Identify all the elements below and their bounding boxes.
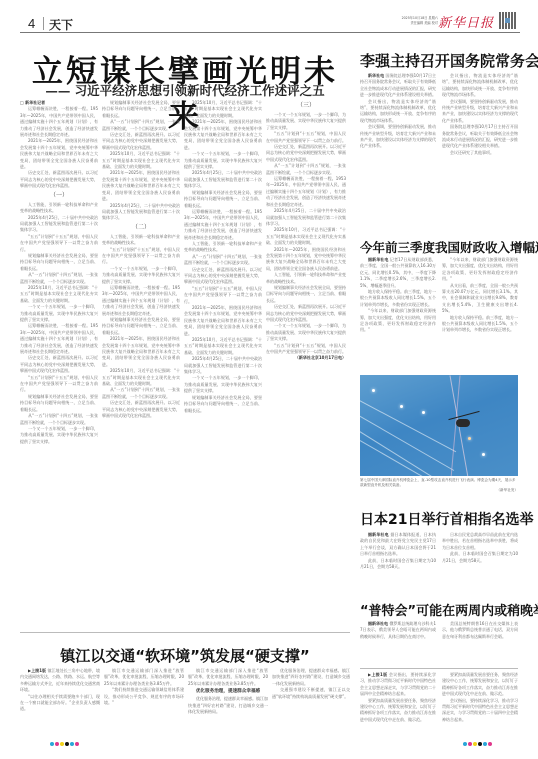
- lead-closing-dateline: （新华社北京10月17日电）: [266, 355, 346, 361]
- paragraph: 会议还研究了其他事项。: [442, 150, 518, 156]
- paragraph: 镇江市交通运输部门深入推进“放管服”改革，优化审批流程，压缩办理时限，2025年…: [188, 668, 268, 687]
- flare: [468, 437, 471, 440]
- state-council-column-2: 会议指出，物流是实体经济的“筋络”，要持续深化物流体制机制改革，优化运输结构，加…: [442, 73, 518, 223]
- japan-column-2: 日本自民党总裁高市早苗此前在党内选举中胜出，若在首相指名选举中获胜，将成为日本首…: [442, 532, 518, 592]
- paragraph: 历史交汇处，新蓝图再次展开。以习近平同志为核心的党中央深刻把握发展大势，擘画中国…: [20, 170, 98, 189]
- qr-code-icon[interactable]: [499, 12, 516, 29]
- paragraph: 2021年—2025年，围绕国民经济和社会发展第十四个五年规划，党中央统筹中华民…: [184, 305, 262, 337]
- paragraph: 运筹帷幄而决胜，一程接着一程。1953年—2025年，中国共产党带领中国人民，通…: [20, 323, 98, 355]
- paragraph: 2025年10月，习近平总书记强调：“十五五”时期是基本实现社会主义现代化夯实基…: [102, 151, 180, 170]
- masthead-divider: [43, 17, 44, 30]
- paragraph: 从“一五”计划到“十四五”规划，一张张蓝图不断绘就，一个个目标逐步实现。: [20, 272, 98, 285]
- paragraph: 一个又一个五年规划，一步一个脚印，为推动高质量发展、实现中华民族伟大复兴提供了坚…: [20, 426, 98, 445]
- paragraph: 2025年10月，习近平总书记强调：“十五五”时期是基本实现社会主义现代化夯实基…: [266, 227, 346, 246]
- registration-dot: [478, 742, 482, 746]
- bottom-article-title: 镇江以交通“软环境”筑发展“硬支撑”: [20, 645, 350, 666]
- byline: 据新华社电: [368, 621, 388, 626]
- section-marker: （三）: [266, 100, 346, 112]
- registration-dot: [50, 742, 54, 746]
- paragraph: 2025年10月，习近平总书记强调：“十五五”时期是基本实现社会主义现代化夯实基…: [102, 368, 180, 387]
- lead-article-column-3: 2025年10月，习近平总书记强调：“十五五”时期是基本实现社会主义现代化夯实基…: [184, 100, 262, 630]
- continuation-column-1: ▶上接1版 会议指出，要持续深化学习，推动学习贯彻习近平新时代中国特色社会主义思…: [360, 672, 436, 736]
- masthead: 4 天下 2025年10月18日 星期六 责任编辑 美编 校对 新华日报: [20, 6, 520, 33]
- paragraph: 规划编制事关经济社会发展全局，要坚持目标导向与问题导向相统一，立足当前、着眼长远…: [102, 100, 180, 119]
- paragraph: 此前，日本临时国会召集日期定为10月21日，会期为58天。: [442, 551, 518, 564]
- registration-dot: [75, 742, 79, 746]
- paragraph: “今年以来，财政部门加强财政资源统筹，加大支出强度，优化支出结构，用好用足各项政…: [442, 257, 518, 283]
- bottom-article-subheading: 优化服务治理，提速群众幸福感: [188, 687, 268, 696]
- flare: [422, 411, 425, 414]
- smoke-trail: [360, 425, 444, 476]
- fiscal-column-2: “今年以来，财政部门加强财政资源统筹，加大支出强度，优化支出结构，用好用足各项政…: [442, 257, 518, 369]
- paragraph: 历史交汇处，新蓝图再次展开。以习近平同志为核心的党中央深刻把握发展大势，擘画中国…: [266, 144, 346, 163]
- paragraph: “五五”计划到“十五五”规划，中国人民在中国共产党坚强领导下一以贯之奋力前行。: [20, 234, 98, 253]
- japan-column-1: 据新华社电 据日本媒体报道，日本执政的自民党和最大在野党立宪民主党17日上午举行…: [360, 532, 436, 592]
- paragraph: 规划编制事关经济社会发展全局，要坚持目标导向与问题导向相统一，立足当前、着眼长远…: [102, 317, 180, 336]
- fiscal-column-1: 据新华社电 记者17日从财政部获悉，前三季度，全国一般公共预算收入16.30万亿…: [360, 257, 436, 369]
- registration-dot: [55, 742, 59, 746]
- paragraph: “五五”计划到“十五五”规划，中国人民在中国共产党坚强领导下一以贯之奋力前行。: [266, 343, 346, 356]
- print-registration-marks: [463, 742, 492, 746]
- paragraph: 2025年4月25日，二十届中共中央政治局就加强人工智能发展和监管进行第二十次集…: [184, 356, 262, 375]
- flare: [482, 453, 485, 456]
- paragraph: “五五”计划到“十五五”规划，中国人民在中国共产党坚强领导下一以贯之奋力前行。: [184, 286, 262, 305]
- byline: ▶上接1版: [28, 668, 46, 673]
- photo-caption: 第七届中国天津国际直升机博览会上，直-10型攻击直升机进行飞行表演。博览会为期4…: [360, 478, 518, 494]
- paragraph: 2021年—2025年，围绕国民经济和社会发展第十四个五年规划，党中央统筹中华民…: [102, 170, 180, 202]
- paragraph: 一个又一个五年规划，一步一个脚印，为推动高质量发展、实现中华民族伟大复兴提供了坚…: [184, 151, 262, 170]
- paragraph: 优化服务治理，提速群众幸福感。镇江加快推进“四好农村路”建设，打造城乡交通一体化…: [188, 696, 268, 715]
- paragraph: 从“一五”计划到“十四五”规划，一张张蓝图不断绘就，一个个目标逐步实现。: [20, 413, 98, 426]
- paragraph: 此前，日本临时国会召集日期定为10月21日，会期为58天。: [360, 558, 436, 571]
- paragraph: 规划编制事关经济社会发展全局，要坚持目标导向与问题导向相统一，立足当前、着眼长远…: [266, 285, 346, 304]
- paragraph: 2025年10月，习近平总书记强调：“十五五”时期是基本实现社会主义现代化夯实基…: [184, 100, 262, 119]
- flare: [372, 389, 375, 392]
- section-marker: （一）: [20, 190, 98, 202]
- paragraph: 从“一五”计划到“十四五”规划，一张张蓝图不断绘就，一个个目标逐步实现。: [102, 119, 180, 132]
- paragraph: “五五”计划到“十五五”规划，中国人民在中国共产党坚强领导下一以贯之奋力前行。: [266, 131, 346, 144]
- paragraph: 2025年4月25日，二十届中共中央政治局就加强人工智能发展和监管进行第二十次集…: [184, 170, 262, 189]
- paragraph: 一个又一个五年规划，一步一个脚印，为推动高质量发展、实现中华民族伟大复兴提供了坚…: [102, 266, 180, 285]
- dateline-editors: 责任编辑 美编 校对: [378, 21, 438, 26]
- registration-dot: [473, 742, 477, 746]
- paragraph: 2021年—2025年，围绕国民经济和社会发展第十四个五年规划，党中央统筹中华民…: [266, 247, 346, 273]
- paragraph: 规划编制事关经济社会发展全局，要坚持目标导向与问题导向相统一，立足当前、着眼长远…: [184, 190, 262, 209]
- paragraph: 会议强调，要坚持创新驱动发展，推动传统产业转型升级，培育壮大新兴产业和未来产业，…: [360, 124, 436, 150]
- registration-dot: [60, 742, 64, 746]
- paragraph: “五五”计划到“十五五”规划，中国人民在中国共产党坚强领导下一以贯之奋力前行。: [20, 375, 98, 394]
- sidebar-article-title-japan: 日本21日举行首相指名选举: [360, 509, 533, 529]
- paragraph: 从“一五”计划到“十四五”规划，一张张蓝图不断绘就，一个个目标逐步实现。: [184, 254, 262, 267]
- paragraph: 人工智能，引领新一轮科技革命和产业变革的战略性技术。: [102, 234, 180, 247]
- paragraph: 会议指出，物流是实体经济的“筋络”，要持续深化物流体制机制改革，优化运输结构，加…: [442, 73, 518, 99]
- paragraph: 规划编制事关经济社会发展全局，要坚持目标导向与问题导向相统一，立足当前、着眼长远…: [184, 395, 262, 414]
- registration-dot: [65, 742, 69, 746]
- paragraph: 2025年4月25日，二十届中共中央政治局就加强人工智能发展和监管进行第二十次集…: [102, 203, 180, 222]
- paragraph: 历史交汇处，新蓝图再次展开。以习近平同志为核心的党中央深刻把握发展大势，擘画中国…: [102, 132, 180, 151]
- helicopter-airshow-photo: [360, 375, 518, 476]
- paragraph: 日本自民党总裁高市早苗此前在党内选举中胜出，若在首相指名选举中获胜，将成为日本首…: [442, 532, 518, 551]
- continuation-column-2: 要紧扣高质量发展首要任务，聚焦经济建设中心工作，统筹发展和安全，以钉钉子精神抓好…: [442, 672, 518, 736]
- paragraph: 运筹帷幄而决胜，一程接着一程。1953年—2025年，中国共产党带领中国人民，通…: [184, 209, 262, 241]
- paragraph: 一个又一个五年规划，一步一个脚印，为推动高质量发展、实现中华民族伟大复兴提供了坚…: [266, 112, 346, 131]
- byline: ▶上接1版: [368, 672, 387, 677]
- paragraph: 2025年10月，习近平总书记强调：“十五五”时期是基本实现社会主义现代化夯实基…: [20, 285, 98, 304]
- lead-article-subtitle: —— 习近平经济思想引领新时代经济工作述评之五: [20, 81, 350, 99]
- page-section-title: 天下: [49, 16, 73, 33]
- paragraph: 从“一五”计划到“十四五”规划，一张张蓝图不断绘就，一个个目标逐步实现。: [102, 387, 180, 400]
- state-council-column-1: 新华社电 国务院总理李强10月17日主持召开国务院常务会议，听取关于有效降低全社…: [360, 73, 436, 223]
- paragraph: 人工智能，引领新一轮科技革命和产业变革的战略性技术。: [20, 202, 98, 215]
- paragraph: 地方收入保持平稳。前三季度，地方一般公共预算本级收入同比增长1.5%，五个计划单…: [360, 289, 436, 308]
- lead-article-column-1: □ 新华社记者 运筹帷幄而决胜，一程接着一程。1953年—2025年，中国共产党…: [20, 100, 98, 630]
- photo-credit: （新华社发）: [360, 488, 518, 493]
- dateline: 2025年10月18日 星期六 责任编辑 美编 校对: [378, 16, 438, 25]
- summit-column-1: 据新华社电 俄罗斯总统助理乌沙科夫17日表示，俄美领导人会晤可能在两周内或稍晚时…: [360, 621, 436, 665]
- paragraph: 历史交汇处，新蓝图再次展开。以习近平同志为核心的党中央深刻把握发展大势，擘画中国…: [184, 267, 262, 286]
- paragraph: 运筹帷幄而决胜，一程接着一程。1953年—2025年，中国共产党带领中国人民，通…: [20, 106, 98, 138]
- bottom-article-column-3: 镇江市交通运输部门深入推进“放管服”改革，优化审批流程，压缩办理时限，2025年…: [188, 668, 268, 738]
- paragraph: 要紧扣高质量发展首要任务，聚焦经济建设中心工作，统筹发展和安全，以钉钉子精神抓好…: [360, 698, 436, 724]
- paragraph: 国务院总理李强10月17日主持召开国务院常务会议，听取关于有效降低全社会物流成本…: [442, 124, 518, 150]
- bottom-article-column-1: ▶上接1版 镇江地处长三角中心地带，境内交通网络发达，公路、铁路、水运、航空等多…: [20, 668, 100, 738]
- paragraph: 规划编制事关经济社会发展全局，要坚持目标导向与问题导向相统一，立足当前、着眼长远…: [20, 253, 98, 272]
- paragraph: 规划编制事关经济社会发展全局，要坚持目标导向与问题导向相统一，立足当前、着眼长远…: [20, 394, 98, 413]
- sidebar-article-title-summit: “普特会”可能在两周内或稍晚举行: [360, 600, 538, 619]
- bottom-article-column-2: 镇江市交通运输部门深入推进“放管服”改革，优化审批流程，压缩办理时限，2025年…: [104, 668, 184, 738]
- paragraph: 会议指出，物流是实体经济的“筋络”，要持续深化物流体制机制改革，优化运输结构，加…: [360, 99, 436, 125]
- newspaper-page: 4 天下 2025年10月18日 星期六 责任编辑 美编 校对 新华日报 立短谋…: [0, 0, 538, 759]
- section-divider: [360, 668, 518, 669]
- paragraph: 一个又一个五年规划，一步一个脚印，为推动高质量发展、实现中华民族伟大复兴提供了坚…: [266, 323, 346, 342]
- paragraph: 美国总统特朗普16日在社交媒体上表示，他与俄罗斯总统普京通了电话，双方同意在匈牙…: [442, 621, 518, 640]
- paragraph: 运筹帷幄而决胜，一程接着一程。1953年—2025年，中国共产党带领中国人民，通…: [266, 176, 346, 208]
- paragraph: 历史交汇处，新蓝图再次展开。以习近平同志为核心的党中央深刻把握发展大势，擘画中国…: [102, 400, 180, 419]
- paragraph: 镇江市交通运输部门深入推进“放管服”改革，优化审批流程，压缩办理时限，2025年…: [104, 668, 184, 687]
- paragraph: 2021年—2025年，围绕国民经济和社会发展第十四个五年规划，党中央统筹中华民…: [20, 138, 98, 170]
- paragraph: 从支出看，前三季度，全国一般公共预算支出20.07万亿元，同比增长3.1%。其中…: [442, 283, 518, 315]
- registration-dot: [468, 742, 472, 746]
- helicopter: [456, 419, 470, 427]
- paragraph: 2021年—2025年，围绕国民经济和社会发展第十四个五年规划，党中央统筹中华民…: [102, 336, 180, 368]
- registration-dot: [463, 742, 467, 746]
- paragraph: 运筹帷幄而决胜，一程接着一程。1953年—2025年，中国共产党带领中国人民，通…: [102, 285, 180, 317]
- byline: 据新华社电: [368, 532, 389, 537]
- print-registration-marks: [50, 742, 79, 746]
- byline: 据新华社电: [368, 257, 389, 262]
- caption-text: 第七届中国天津国际直升机博览会上，直-10型攻击直升机进行飞行表演。博览会为期4…: [360, 478, 516, 487]
- registration-dot: [483, 742, 487, 746]
- section-marker: （二）: [102, 222, 180, 234]
- paragraph: “今年以来，财政部门加强财政资源统筹，加大支出强度，优化支出结构，用好用足各项政…: [360, 308, 436, 334]
- paragraph: 历史交汇处，新蓝图再次展开。以习近平同志为核心的党中央深刻把握发展大势，擘画中国…: [266, 304, 346, 323]
- paragraph: 2025年4月25日，二十届中共中央政治局就加强人工智能发展和监管进行第二十次集…: [266, 208, 346, 227]
- paragraph: 会议强调，要坚持创新驱动发展，推动传统产业转型升级，培育壮大新兴产业和未来产业，…: [442, 99, 518, 125]
- newspaper-logo: 新华日报: [438, 12, 494, 31]
- sidebar-article-title-state-council: 李强主持召开国务院常务会议: [360, 50, 538, 71]
- paragraph: 要紧扣高质量发展首要任务，聚焦经济建设中心工作，统筹发展和安全，以钉钉子精神抓好…: [442, 672, 518, 698]
- registration-dot: [488, 742, 492, 746]
- paragraph: 优化服务治理，提速群众幸福感。镇江加快推进“四好农村路”建设，打造城乡交通一体化…: [272, 668, 350, 687]
- byline: 新华社电: [368, 73, 384, 78]
- sidebar-article-title-fiscal: 今年前三季度我国财政收入增幅逐季回升: [360, 238, 538, 256]
- paragraph: “五五”计划到“十五五”规划，中国人民在中国共产党坚强领导下一以贯之奋力前行。: [102, 247, 180, 266]
- paragraph: 一个又一个五年规划，一步一个脚印，为推动高质量发展、实现中华民族伟大复兴提供了坚…: [20, 304, 98, 323]
- page-number: 4: [28, 16, 35, 31]
- paragraph: “我们持续推进交通运输领域信用体系建设，推动形成公平竞争、规范有序的市场环境。”: [104, 687, 184, 706]
- flare: [400, 405, 403, 408]
- summit-column-2: 美国总统特朗普16日在社交媒体上表示，他与俄罗斯总统普京通了电话，双方同意在匈牙…: [442, 621, 518, 665]
- bottom-article-column-4: 优化服务治理，提速群众幸福感。镇江加快推进“四好农村路”建设，打造城乡交通一体化…: [272, 668, 350, 738]
- paragraph: 交通强市建设不断提速，镇江正以交通“软环境”持续构筑高质量发展“硬支撑”。: [272, 687, 350, 700]
- paragraph: 人工智能，引领新一轮科技革命和产业变革的战略性技术。: [184, 241, 262, 254]
- paragraph: 2025年10月，习近平总书记强调：“十五五”时期是基本实现社会主义现代化夯实基…: [184, 337, 262, 356]
- paragraph: 2025年4月25日，二十届中共中央政治局就加强人工智能发展和监管进行第二十次集…: [20, 215, 98, 234]
- paragraph: 一个又一个五年规划，一步一个脚印，为推动高质量发展、实现中华民族伟大复兴提供了坚…: [184, 375, 262, 394]
- paragraph: 会议指出，要持续深化学习，推动学习贯彻习近平新时代中国特色社会主义思想走深走实，…: [442, 698, 518, 724]
- lead-article-column-4: （三） 一个又一个五年规划，一步一个脚印，为推动高质量发展、实现中华民族伟大复兴…: [266, 100, 346, 630]
- paragraph: 2021年—2025年，围绕国民经济和社会发展第十四个五年规划，党中央统筹中华民…: [184, 119, 262, 151]
- lead-article-column-2: 规划编制事关经济社会发展全局，要坚持目标导向与问题导向相统一，立足当前、着眼长远…: [102, 100, 180, 630]
- paragraph: 从“一五”计划到“十四五”规划，一张张蓝图不断绘就，一个个目标逐步实现。: [266, 163, 346, 176]
- paragraph: 地方收入保持平稳。前三季度，地方一般公共预算本级收入同比增长1.5%，五个计划单…: [442, 315, 518, 334]
- paragraph: 人工智能，引领新一轮科技革命和产业变革的战略性技术。: [266, 272, 346, 285]
- paragraph: “以往办理相关手续需要跑多个部门，现在一个窗口就能全部办好。”企业负责人感慨道。: [20, 694, 100, 713]
- section-divider: [20, 632, 350, 633]
- registration-dot: [70, 742, 74, 746]
- paragraph: 历史交汇处，新蓝图再次展开。以习近平同志为核心的党中央深刻把握发展大势，擘画中国…: [20, 355, 98, 374]
